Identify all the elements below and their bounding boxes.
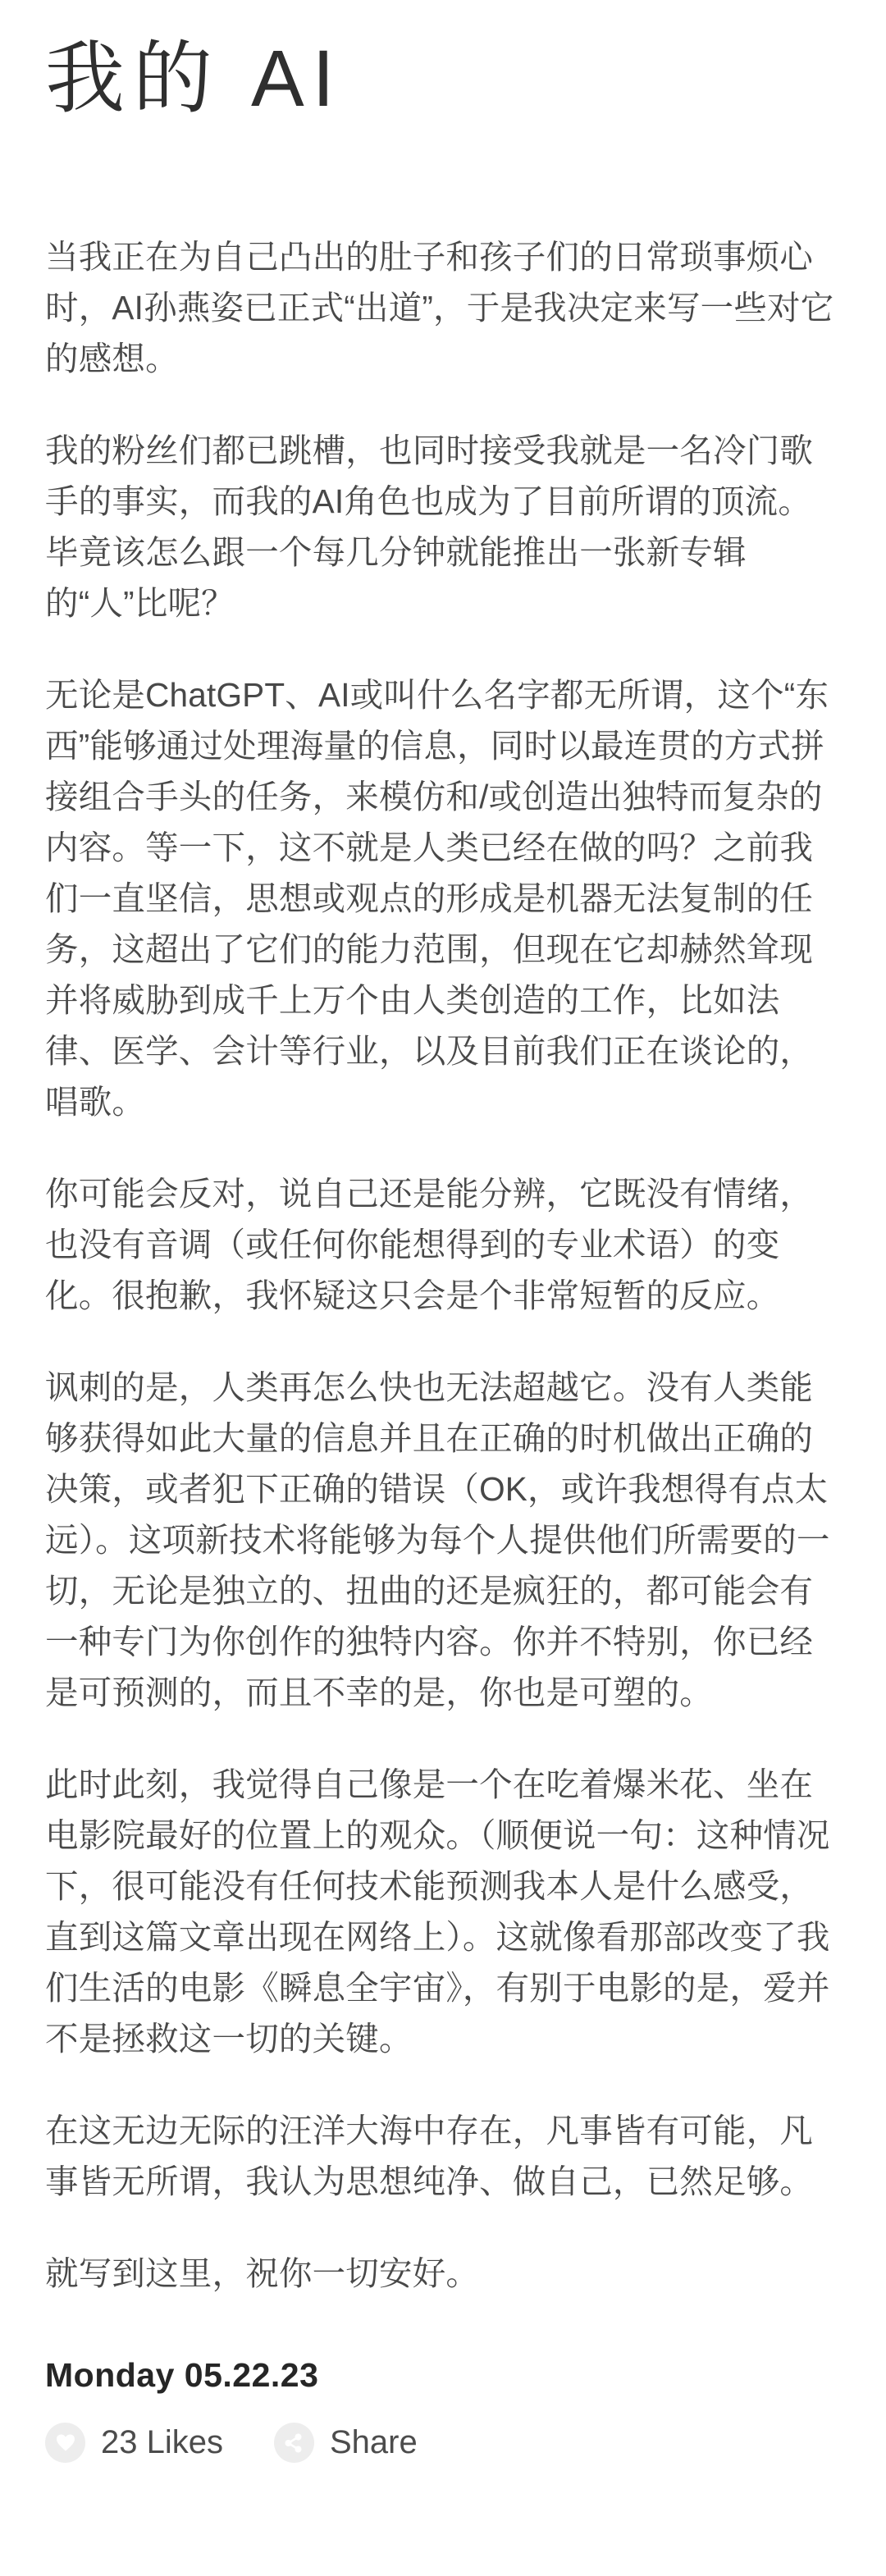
paragraph: 在这无边无际的汪洋大海中存在，凡事皆有可能，凡事皆无所谓，我认为思想纯净、做自己… <box>45 2105 841 2207</box>
like-button[interactable]: 23 Likes <box>45 2423 223 2463</box>
post-content: 我的 AI 当我正在为自己凸出的肚子和孩子们的日常琐事烦心时，AI孙燕姿已正式“… <box>0 0 886 2299</box>
paragraph: 此时此刻，我觉得自己像是一个在吃着爆米花、坐在电影院最好的位置上的观众。（顺便说… <box>45 1759 841 2064</box>
page-title: 我的 AI <box>45 33 841 125</box>
blog-post-page: 我的 AI 当我正在为自己凸出的肚子和孩子们的日常琐事烦心时，AI孙燕姿已正式“… <box>0 0 886 2576</box>
post-date: Monday 05.22.23 <box>45 2356 418 2395</box>
meta-row: 23 Likes Share <box>45 2423 418 2463</box>
share-label: Share <box>330 2424 418 2461</box>
share-nodes-icon <box>274 2423 314 2463</box>
paragraph: 讽刺的是，人类再怎么快也无法超越它。没有人类能够获得如此大量的信息并且在正确的时… <box>45 1362 841 1718</box>
paragraph: 你可能会反对，说自己还是能分辨，它既没有情绪，也没有音调（或任何你能想得到的专业… <box>45 1168 841 1321</box>
paragraph: 我的粉丝们都已跳槽，也同时接受我就是一名冷门歌手的事实，而我的AI角色也成为了目… <box>45 425 841 628</box>
post-footer: Monday 05.22.23 23 Likes <box>45 2356 418 2463</box>
article-body: 当我正在为自己凸出的肚子和孩子们的日常琐事烦心时，AI孙燕姿已正式“出道”，于是… <box>45 231 841 2299</box>
heart-icon <box>45 2423 85 2463</box>
like-count-label: 23 Likes <box>101 2424 223 2461</box>
paragraph: 无论是ChatGPT、AI或叫什么名字都无所谓，这个“东西”能够通过处理海量的信… <box>45 669 841 1127</box>
share-button[interactable]: Share <box>274 2423 418 2463</box>
paragraph: 就写到这里，祝你一切安好。 <box>45 2248 841 2299</box>
paragraph: 当我正在为自己凸出的肚子和孩子们的日常琐事烦心时，AI孙燕姿已正式“出道”，于是… <box>45 231 841 384</box>
